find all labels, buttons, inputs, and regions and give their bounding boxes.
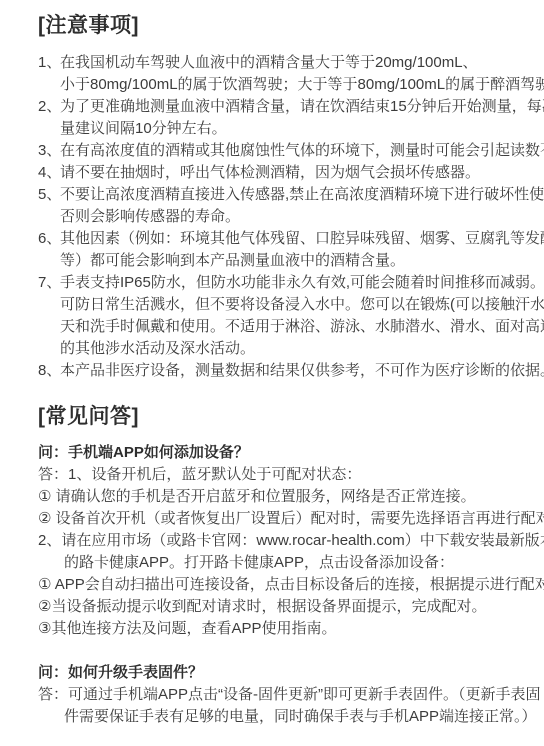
notice-list: 1、 在我国机动车驾驶人血液中的酒精含量大于等于20mg/100mL、 小于80… [38, 52, 522, 382]
section-notices: [注意事项] 1、 在我国机动车驾驶人血液中的酒精含量大于等于20mg/100m… [38, 12, 522, 382]
qa-block-firmware-upgrade: 问：如何升级手表固件？ 答：可通过手机端APP点击“设备-固件更新”即可更新手表… [38, 662, 522, 728]
faq-answer-line: 2、请在应用市场（或路卡官网：www.rocar-health.com）中下载安… [38, 530, 522, 552]
item-number: 2、 [38, 96, 60, 118]
item-text-line: 在我国机动车驾驶人血液中的酒精含量大于等于20mg/100mL、 [60, 52, 544, 74]
item-text-line: 否则会影响传感器的寿命。 [60, 206, 544, 228]
faq-answer-line: 答：可通过手机端APP点击“设备-固件更新”即可更新手表固件。（更新手表固 [38, 684, 522, 706]
faq-answer-line: ③其他连接方法及问题，查看APP使用指南。 [38, 618, 522, 640]
item-text-line: 为了更准确地测量血液中酒精含量，请在饮酒结束15分钟后开始测量，每次测 [60, 96, 544, 118]
qa-block-add-device: 问：手机端APP如何添加设备？ 答：1、设备开机后，蓝牙默认处于可配对状态： ①… [38, 442, 522, 640]
faq-answer-line: ① 请确认您的手机是否开启蓝牙和位置服务，网络是否正常连接。 [38, 486, 522, 508]
faq-question: 问：手机端APP如何添加设备？ [38, 442, 522, 464]
item-text-line: 等）都可能会影响到本产品测量血液中的酒精含量。 [60, 250, 544, 272]
faq-title: [常见问答] [38, 403, 522, 431]
list-item: 4、 请不要在抽烟时，呼出气体检测酒精，因为烟气会损坏传感器。 [38, 162, 522, 184]
item-text-line: 在有高浓度值的酒精或其他腐蚀性气体的环境下，测量时可能会引起读数不准确。 [60, 140, 544, 162]
item-text-line: 小于80mg/100mL的属于饮酒驾驶；大于等于80mg/100mL的属于醉酒驾… [60, 74, 544, 96]
faq-answer-line: ① APP会自动扫描出可连接设备，点击目标设备后的连接，根据提示进行配对。 [38, 574, 522, 596]
item-number: 1、 [38, 52, 60, 74]
list-item: 5、 不要让高浓度酒精直接进入传感器,禁止在高浓度酒精环境下进行破坏性使用， 否… [38, 184, 522, 228]
item-text-line: 的其他涉水活动及深水活动。 [60, 338, 544, 360]
list-item: 3、 在有高浓度值的酒精或其他腐蚀性气体的环境下，测量时可能会引起读数不准确。 [38, 140, 522, 162]
faq-answer-line: 件需要保证手表有足够的电量，同时确保手表与手机APP端连接正常。） [38, 706, 522, 728]
item-number: 7、 [38, 272, 60, 294]
list-item: 1、 在我国机动车驾驶人血液中的酒精含量大于等于20mg/100mL、 小于80… [38, 52, 522, 96]
faq-answer-line: 答：1、设备开机后，蓝牙默认处于可配对状态： [38, 464, 522, 486]
item-text-line: 手表支持IP65防水，但防水功能非永久有效,可能会随着时间推移而减弱。 [60, 272, 544, 294]
notices-title: [注意事项] [38, 12, 522, 40]
faq-question: 问：如何升级手表固件？ [38, 662, 522, 684]
item-text-line: 不要让高浓度酒精直接进入传感器,禁止在高浓度酒精环境下进行破坏性使用， [60, 184, 544, 206]
list-item: 6、 其他因素（例如：环境其他气体残留、口腔异味残留、烟雾、豆腐乳等发酵食品 等… [38, 228, 522, 272]
faq-answer-line: 的路卡健康APP。打开路卡健康APP，点击设备添加设备： [38, 552, 522, 574]
section-faq: [常见问答] 问：手机端APP如何添加设备？ 答：1、设备开机后，蓝牙默认处于可… [38, 403, 522, 728]
faq-answer-line: ② 设备首次开机（或者恢复出厂设置后）配对时，需要先选择语言再进行配对。 [38, 508, 522, 530]
faq-answer-line: ②当设备振动提示收到配对请求时，根据设备界面提示，完成配对。 [38, 596, 522, 618]
item-number: 3、 [38, 140, 60, 162]
item-text-line: 其他因素（例如：环境其他气体残留、口腔异味残留、烟雾、豆腐乳等发酵食品 [60, 228, 544, 250]
item-number: 4、 [38, 162, 60, 184]
item-text-line: 可防日常生活溅水，但不要将设备浸入水中。您可以在锻炼(可以接触汗水)、雨 [60, 294, 544, 316]
item-text-line: 请不要在抽烟时，呼出气体检测酒精，因为烟气会损坏传感器。 [60, 162, 522, 184]
item-text-line: 天和洗手时佩戴和使用。不适用于淋浴、游泳、水肺潜水、滑水、面对高速水流 [60, 316, 544, 338]
list-item: 7、 手表支持IP65防水，但防水功能非永久有效,可能会随着时间推移而减弱。 可… [38, 272, 522, 360]
item-text-line: 量建议间隔10分钟左右。 [60, 118, 544, 140]
item-number: 8、 [38, 360, 60, 382]
list-item: 2、 为了更准确地测量血液中酒精含量，请在饮酒结束15分钟后开始测量，每次测 量… [38, 96, 522, 140]
item-number: 6、 [38, 228, 60, 250]
manual-page: [注意事项] 1、 在我国机动车驾驶人血液中的酒精含量大于等于20mg/100m… [0, 0, 544, 746]
list-item: 8、 本产品非医疗设备，测量数据和结果仅供参考，不可作为医疗诊断的依据。 [38, 360, 522, 382]
item-text-line: 本产品非医疗设备，测量数据和结果仅供参考，不可作为医疗诊断的依据。 [60, 360, 544, 382]
item-number: 5、 [38, 184, 60, 206]
